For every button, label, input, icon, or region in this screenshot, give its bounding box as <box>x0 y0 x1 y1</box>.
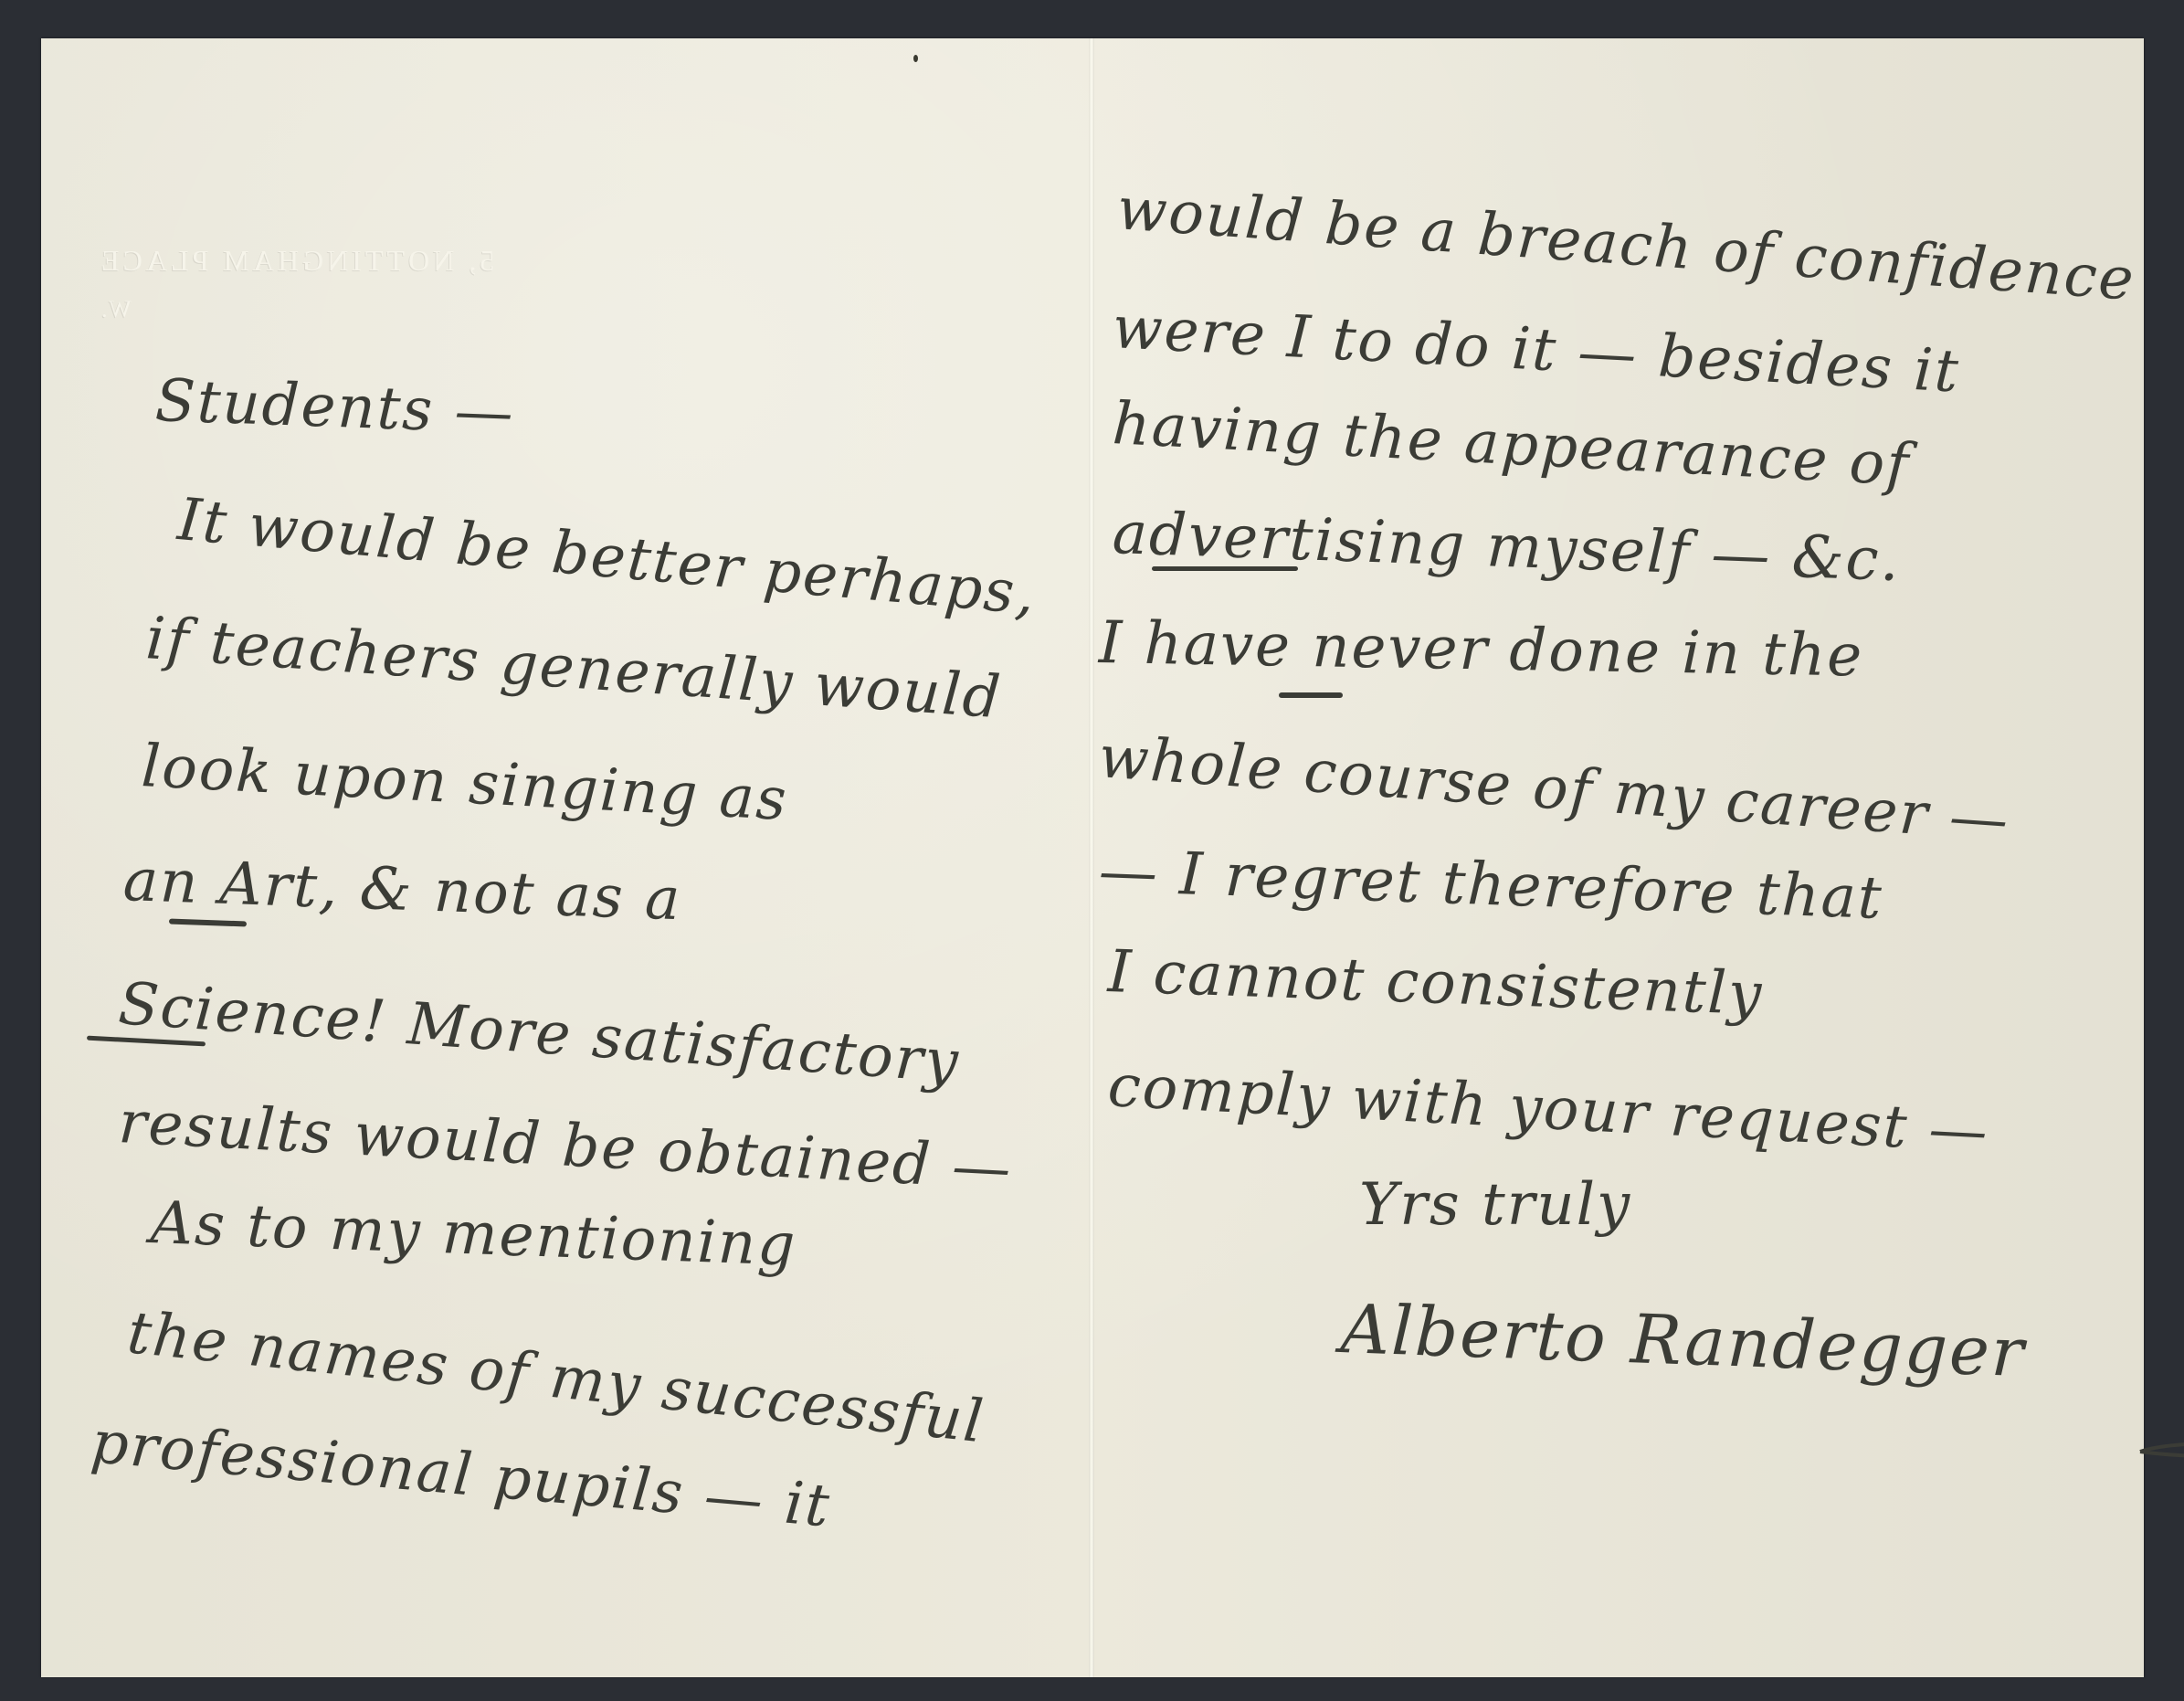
left-page: 5, NOTTINGHAM PLACE W. Students — It wou… <box>41 38 1089 1677</box>
signature-flourish <box>2131 1432 2184 1468</box>
right-line-8: I cannot consistently <box>1107 938 1765 1029</box>
left-line-1: Students — <box>154 367 516 448</box>
right-line-1: would be a breach of confidence <box>1114 175 2137 314</box>
underline-advertising <box>1152 566 1298 571</box>
closing: Yrs truly <box>1359 1171 1631 1239</box>
left-line-2: It would be better perhaps, <box>175 486 1039 629</box>
letterhead-district: W. <box>98 296 494 323</box>
right-line-7: — I regret therefore that <box>1098 838 1884 933</box>
right-page: would be a breach of confidence were I t… <box>1094 38 2144 1677</box>
right-line-2: were I to do it — besides it <box>1111 294 1961 407</box>
letterhead-address: 5, NOTTINGHAM PLACE <box>98 244 494 277</box>
letter-sheet: 5, NOTTINGHAM PLACE W. Students — It wou… <box>41 38 2144 1677</box>
left-line-3: if teachers generally would <box>143 605 1004 732</box>
left-line-4: look upon singing as <box>140 733 789 834</box>
right-line-6: whole course of my career — <box>1096 724 2011 855</box>
signature: Alberto Randegger <box>1339 1290 2026 1392</box>
left-line-7: results would be obtained — <box>117 1089 1014 1203</box>
right-line-4: advertising myself — &c. <box>1112 500 1902 595</box>
right-line-5: I have never done in the <box>1098 609 1863 691</box>
right-line-3: having the appearance of <box>1111 390 1912 500</box>
underline-never <box>1279 692 1343 698</box>
left-line-6: Science! More satisfactory <box>116 970 962 1096</box>
letterhead-emboss: 5, NOTTINGHAM PLACE W. <box>98 244 494 323</box>
left-line-8: As to my mentioning <box>150 1189 798 1280</box>
right-line-9: comply with your request — <box>1106 1052 1990 1166</box>
